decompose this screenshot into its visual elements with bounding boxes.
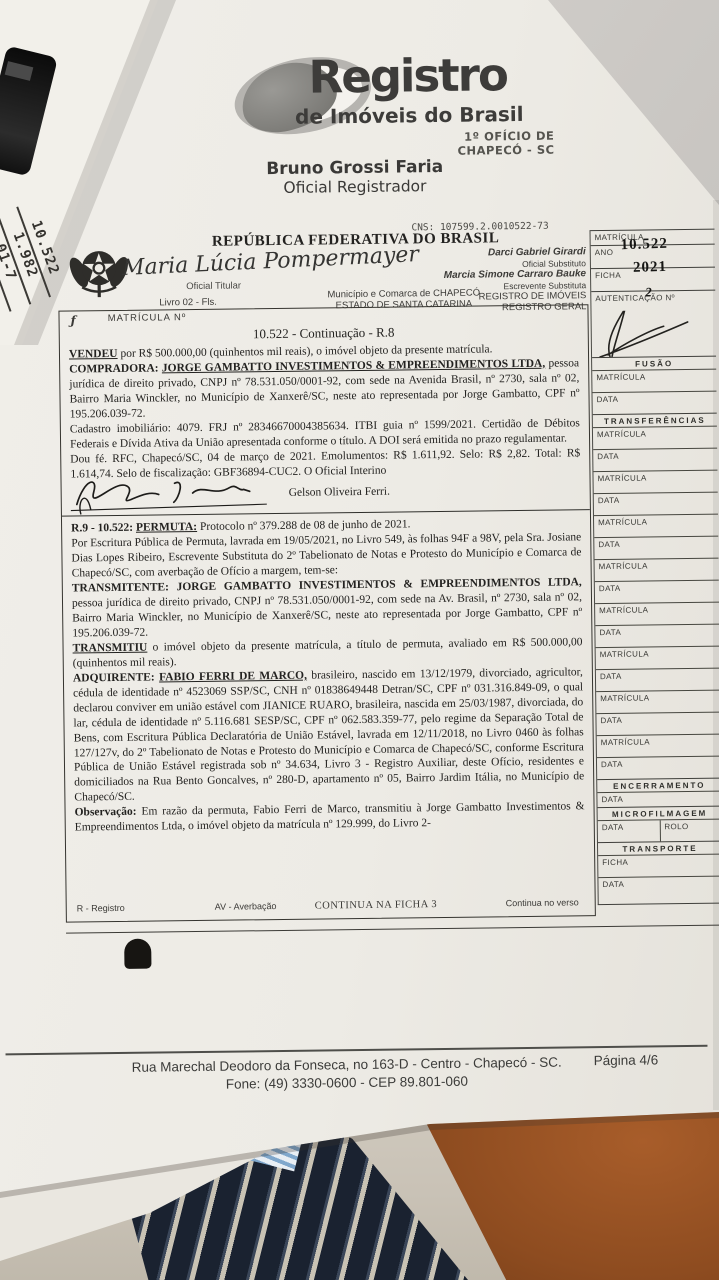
year-stamp: 2021 bbox=[633, 259, 667, 277]
brazil-coat-of-arms-icon bbox=[68, 239, 131, 309]
sidebar-section-label: FICHA bbox=[602, 858, 628, 867]
sidebar-section-label: MATRÍCULA bbox=[599, 605, 648, 615]
text-segment: JORGE GAMBATTO INVESTIMENTOS & EMPREENDI… bbox=[162, 358, 545, 375]
text-segment: Observação: bbox=[75, 806, 142, 819]
text-segment: JORGE GAMBATTO INVESTIMENTOS & EMPREENDI… bbox=[177, 576, 582, 593]
hole-punch-mark bbox=[124, 939, 151, 969]
sidebar-section-label: MATRÍCULA bbox=[600, 649, 649, 659]
page-indicator: Página 4/6 bbox=[594, 1052, 659, 1068]
sidebar-section-label: MATRÍCULA bbox=[597, 429, 646, 439]
matricula-number-stamp: 10.522 bbox=[620, 236, 668, 254]
sidebar-section-label: MICROFILMAGEM bbox=[612, 809, 707, 819]
matricula-record-box: ƒ MATRÍCULA Nº 10.522 - Continuação - R.… bbox=[58, 304, 595, 922]
officials-block: Darci Gabriel Girardi Oficial Substituto… bbox=[424, 246, 587, 292]
sidebar-section: DATA bbox=[595, 580, 719, 604]
sidebar-section-label: DATA bbox=[601, 760, 623, 769]
sidebar-section: DATA bbox=[598, 876, 719, 905]
autenticacao-value: 2 bbox=[645, 284, 653, 300]
sidebar-section-label: ENCERRAMENTO bbox=[613, 781, 705, 791]
gelson-signature-icon bbox=[66, 468, 302, 517]
sidebar-section: MATRÍCULA bbox=[596, 690, 719, 714]
sidebar-section-label: MATRÍCULA bbox=[599, 561, 648, 571]
continues-on-sheet: CONTINUA NA FICHA 3 bbox=[315, 899, 438, 911]
sidebar-section: MATRÍCULA bbox=[595, 602, 719, 626]
text-segment: Cadastro imobiliário: 4079. FRJ nº 28346… bbox=[70, 417, 580, 450]
office-name: 1º OFÍCIO DE CHAPECÓ - SC bbox=[369, 129, 554, 160]
text-segment: pessoa jurídica de direito privado, CNPJ… bbox=[72, 591, 582, 639]
sidebar-section-label: DATA bbox=[599, 584, 621, 593]
registrar-title: Oficial Registrador bbox=[220, 176, 490, 197]
sidebar-section: DATA bbox=[597, 756, 719, 780]
text-segment: TRANSMITIU bbox=[72, 642, 147, 655]
text-segment: FABIO FERRI DE MARCO, bbox=[159, 669, 307, 683]
text-segment: TRANSMITENTE: bbox=[72, 581, 177, 594]
text-segment: PERMUTA: bbox=[136, 521, 197, 534]
sidebar-section: MATRÍCULA bbox=[592, 369, 716, 393]
sidebar-section: DATA bbox=[596, 712, 719, 736]
document-content: Registro de Imóveis do Brasil 1º OFÍCIO … bbox=[0, 0, 719, 1204]
office-address: Rua Marechal Deodoro da Fonseca, no 163-… bbox=[64, 1053, 630, 1096]
legend-averbacao: AV - Averbação bbox=[215, 901, 277, 912]
sidebar-section: DATA bbox=[594, 536, 718, 560]
sidebar-section-label: MATRÍCULA bbox=[597, 473, 646, 483]
registrar-block: Bruno Grossi Faria Oficial Registrador bbox=[220, 156, 490, 197]
text-segment: Por Escritura Pública de Permuta, lavrad… bbox=[71, 532, 581, 580]
brand-subtitle: de Imóveis do Brasil bbox=[295, 102, 524, 129]
sidebar-section-label: TRANSFERÊNCIAS bbox=[604, 416, 706, 426]
matricula-number-label: MATRÍCULA Nº bbox=[108, 312, 187, 324]
sidebar-section-label: DATA bbox=[597, 452, 619, 461]
text-segment: brasileiro, nascido em 13/12/1979, divor… bbox=[73, 666, 584, 804]
record-paragraph: ADQUIRENTE: FABIO FERRI DE MARCO, brasil… bbox=[73, 665, 585, 806]
titular-title: Oficial Titular bbox=[186, 280, 241, 292]
sidebar-section: DATA ROLO bbox=[598, 819, 719, 843]
record-paragraph: TRANSMITENTE: JORGE GAMBATTO INVESTIMENT… bbox=[72, 575, 583, 641]
text-segment: R.9 - 10.522: bbox=[71, 522, 136, 535]
sidebar-section: DATA bbox=[597, 791, 719, 808]
brand-title: Registro bbox=[308, 48, 507, 103]
sidebar-section: MATRÍCULA bbox=[593, 470, 717, 494]
sidebar-section-label: DATA bbox=[597, 395, 619, 404]
sidebar-section-label: DATA bbox=[602, 880, 624, 889]
autenticacao-label: AUTENTICAÇÃO Nº bbox=[595, 293, 675, 303]
sidebar-section: MATRÍCULA bbox=[597, 734, 719, 758]
sidebar-section-label: DATA bbox=[598, 496, 620, 505]
sidebar-section: MATRÍCULA bbox=[595, 558, 719, 582]
sidebar-section-label: DATA bbox=[599, 628, 621, 637]
sidebar-section: MATRÍCULA bbox=[593, 426, 717, 450]
sidebar-section-label-2: ROLO bbox=[659, 820, 719, 842]
official-signer-name: Gelson Oliveira Ferri. bbox=[289, 486, 390, 499]
text-segment: o imóvel objeto da presente matrícula, a… bbox=[73, 636, 583, 669]
sidebar-section-label: FUSÃO bbox=[635, 359, 673, 368]
margin-annotation-column: MATRÍCULA ANO 10.522 FICHA 2021 AUTENTIC… bbox=[589, 229, 719, 905]
record-paragraph: COMPRADORA: JORGE GAMBATTO INVESTIMENTOS… bbox=[69, 356, 580, 422]
sidebar-autenticacao-row: AUTENTICAÇÃO Nº 2 bbox=[591, 290, 715, 312]
text-segment: COMPRADORA: bbox=[69, 362, 162, 375]
sidebar-section: DATA bbox=[593, 448, 717, 472]
record-box-footer: R - Registro AV - Averbação CONTINUA NA … bbox=[67, 897, 595, 918]
sidebar-section-label: MATRÍCULA bbox=[598, 517, 647, 527]
sidebar-signature-icon bbox=[591, 310, 702, 357]
text-segment: Protocolo nº 379.288 de 08 de junho de 2… bbox=[197, 519, 411, 534]
sidebar-section-label: DATA bbox=[598, 540, 620, 549]
sidebar-section-label: DATA bbox=[600, 716, 622, 725]
continues-on-back: Continua no verso bbox=[506, 897, 579, 908]
record-paragraph: Observação: Em razão da permuta, Fabio F… bbox=[74, 800, 584, 836]
text-segment: VENDEU bbox=[69, 348, 118, 361]
sidebar-section-label: DATA bbox=[601, 795, 623, 804]
sidebar-section: MATRÍCULA bbox=[596, 646, 719, 670]
sidebar-section: DATA bbox=[592, 391, 716, 415]
sidebar-section: DATA bbox=[596, 668, 719, 692]
folio-mark: ƒ bbox=[70, 313, 75, 327]
record-paragraph: Por Escritura Pública de Permuta, lavrad… bbox=[71, 531, 582, 582]
ano-label: ANO bbox=[595, 248, 614, 257]
sidebar-section-label: DATA bbox=[600, 672, 622, 681]
sidebar-section-label: MATRÍCULA bbox=[596, 372, 645, 382]
sidebar-section: DATA bbox=[595, 624, 719, 648]
sidebar-signature-area bbox=[591, 310, 716, 358]
closing-line bbox=[66, 925, 719, 934]
sidebar-section: MATRÍCULA bbox=[594, 514, 718, 538]
sidebar-section: DATA bbox=[594, 492, 718, 516]
ficha-label: FICHA bbox=[595, 271, 621, 280]
sidebar-section-label: MATRÍCULA bbox=[600, 693, 649, 703]
official-signature-row: Gelson Oliveira Ferri. bbox=[71, 477, 581, 510]
sidebar-section-label: MATRÍCULA bbox=[601, 737, 650, 747]
document-photo: 10.522 1.982 01-7 Registro de Imóveis do… bbox=[0, 0, 719, 1280]
text-segment: Em razão da permuta, Fabio Ferri de Marc… bbox=[75, 801, 585, 834]
text-segment: ADQUIRENTE: bbox=[73, 671, 159, 684]
sidebar-section: FICHA bbox=[598, 854, 719, 878]
sidebar-section-label: DATA bbox=[598, 820, 660, 842]
sidebar-section-label: TRANSPORTE bbox=[622, 844, 697, 854]
livro-label: Livro 02 - Fls. bbox=[159, 297, 217, 309]
legend-registro: R - Registro bbox=[77, 903, 125, 914]
